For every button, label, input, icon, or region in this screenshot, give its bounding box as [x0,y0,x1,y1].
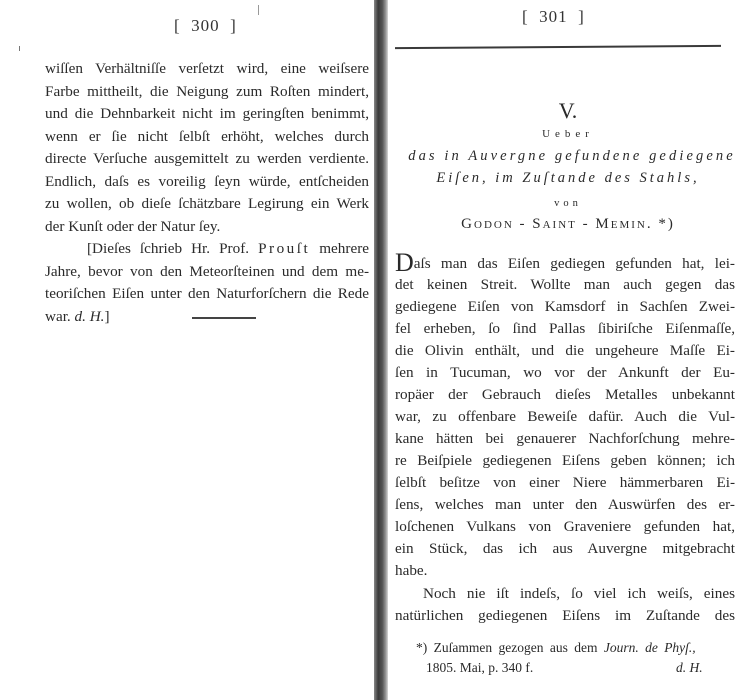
chapter-title-line-1: das in Auvergne gefundene gediegene [392,148,752,165]
text-line: der Kunſt oder der Natur ſey. [45,218,369,236]
text-line: Endlich, daſs es voreilig ſeyn würde, en… [45,173,369,191]
note-text: [Dieſes ſchrieb Hr. Prof. [87,240,258,257]
author-name-proust: Prouſt [258,240,310,257]
text-line: directe Verſuche ausgemittelt zu werden … [45,150,369,168]
scan-speck [258,5,259,15]
chapter-title-line-2: Eiſen, im Zuſtande des Stahls, [388,170,748,187]
footnote-line-2: 1805. Mai, p. 340 f. [426,660,533,676]
text-line: ſelbſt beſitze von einer Niere hämmerbar… [395,474,735,492]
text-line: habe. [395,562,735,580]
text-line: ſens, welches man unter den Auswürfen de… [395,496,735,514]
chapter-author: Godon - Saint - Memin. *) [388,216,748,233]
text-line: loſchenen Vulkans von Graveniere gefunde… [395,518,735,536]
text-line: wenn er ſie nicht ſelbſt erhöht, welches… [45,128,369,146]
text-line: und die Dehnbarkeit nicht im geringſten … [45,105,369,123]
left-page: [ 300 ] wiſſen Verhältniſſe verſetzt wir… [0,0,376,700]
drop-cap: D [395,248,414,277]
text-line: zu wollen, ob dieſe ſchätzbare Legirung … [45,195,369,213]
footnote-text: *) Zuſammen gezogen aus dem [416,640,604,655]
right-page: [ 301 ] V. Ueber das in Auvergne gefunde… [388,0,756,700]
note-text: ] [104,308,109,325]
text-line: Noch nie iſt indeſs, ſo viel ich weiſs, … [395,585,735,603]
text-line: natürlichen gediegenen Eiſens im Zuſtand… [395,607,735,625]
note-text: mehrere [310,240,369,257]
chapter-numeral: V. [388,98,748,124]
text-line: wiſſen Verhältniſſe verſetzt wird, eine … [45,60,369,78]
text-line: die Olivin enthält, und die ungeheure Ma… [395,342,735,360]
text-line: fel erheben, ſo ſind Pallas ſibiriſche E… [395,320,735,338]
right-page-number: [ 301 ] [522,7,585,27]
footnote-line-1: *) Zuſammen gezogen aus dem Journ. de Ph… [416,640,696,656]
text: aſs man das Eiſen gediegen gefunden hat,… [414,255,735,272]
book-gutter [374,0,388,700]
scan-speck [19,46,20,51]
text-line: kane hätten bei genauerer Nachforſchung … [395,430,735,448]
text-line: ropäer der Gebrauch dieſes Metalles unbe… [395,386,735,404]
section-end-rule [192,317,256,319]
text-line: re Beiſpiele gediegenen Eiſens geben kön… [395,452,735,470]
text-line: gediegene Eiſen von Kamsdorf in Sachſen … [395,298,735,316]
note-text: war. [45,308,75,325]
editor-signature: d. H. [75,308,105,325]
footnote-journal: Journ. de Phyſ., [604,640,696,655]
text-line: ſen in Tucuman, wo vor der Ankunft der E… [395,364,735,382]
text-line: det keinen Streit. Wollte man auch gegen… [395,276,735,294]
chapter-von: von [388,198,748,209]
chapter-ueber: Ueber [388,128,748,140]
text-line: Farbe mittheilt, die Neigung zum Roſten … [45,83,369,101]
header-rule [395,45,721,49]
editor-note-line: Jahre, bevor von den Meteorſteinen und d… [45,263,369,281]
editor-note-line: teoriſchen Eiſen unter den Naturforſcher… [45,285,369,303]
text-line: ein Stück, das ich aus Auvergne mitgebra… [395,540,735,558]
editor-note-line: [Dieſes ſchrieb Hr. Prof. Prouſt mehrere [45,240,369,258]
text-line: war, zu offenbare Beweiſe dafür. Auch di… [395,408,735,426]
book-spread: [ 300 ] wiſſen Verhältniſſe verſetzt wir… [0,0,756,700]
left-page-number: [ 300 ] [174,16,237,36]
footnote-signature: d. H. [676,660,703,676]
text-line: Daſs man das Eiſen gediegen gefunden hat… [395,254,735,273]
